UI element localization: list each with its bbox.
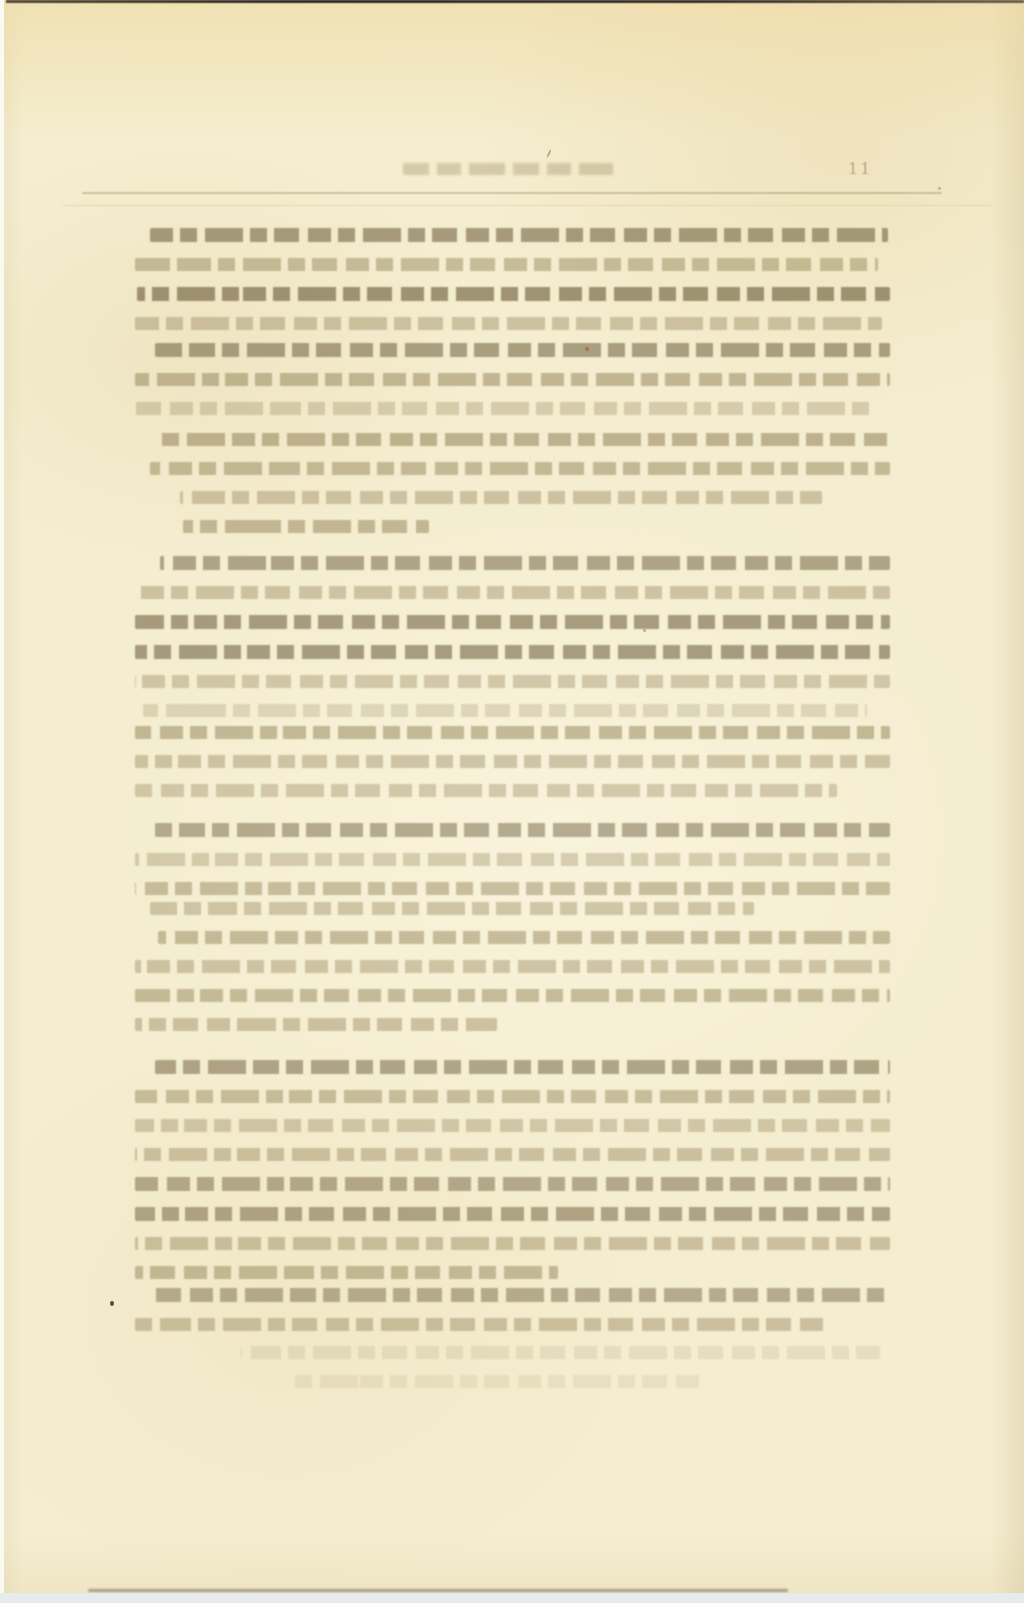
faded-text-line	[155, 1288, 890, 1302]
faded-text-line	[135, 784, 837, 797]
faded-text-line	[135, 645, 890, 659]
faded-text-line	[290, 1375, 701, 1388]
faded-text-line	[183, 520, 429, 533]
faded-paragraph	[135, 228, 890, 346]
faded-paragraph	[135, 726, 890, 813]
faded-text-line	[135, 853, 890, 866]
faded-text-line	[135, 675, 890, 688]
scanner-background-strip	[0, 1593, 1024, 1603]
faded-text-line	[135, 960, 890, 973]
faded-text-line	[150, 902, 754, 915]
faded-text-line	[135, 586, 890, 599]
faded-text-line	[135, 1318, 830, 1331]
faded-text-line	[135, 1148, 890, 1161]
scan-edge-top	[6, 0, 1024, 3]
scanned-book-page: 11	[0, 0, 1024, 1603]
text-area	[135, 0, 890, 1603]
faded-text-line	[155, 343, 890, 357]
faded-text-line	[155, 1060, 890, 1074]
faded-text-line	[135, 615, 890, 629]
faded-paragraph	[135, 433, 890, 549]
faded-text-line	[135, 755, 890, 768]
faded-paragraph	[135, 1060, 890, 1295]
faded-paragraph	[135, 823, 890, 911]
faded-paragraph	[135, 343, 890, 431]
faded-text-line	[135, 1237, 890, 1250]
faded-text-line	[135, 402, 875, 415]
faded-text-line	[150, 462, 890, 475]
faded-text-line	[135, 317, 882, 330]
ink-speck	[110, 1301, 114, 1306]
faded-text-line	[135, 1090, 890, 1103]
faded-text-line	[158, 931, 890, 944]
faded-text-line	[135, 1177, 890, 1191]
faded-text-line	[143, 704, 868, 717]
faded-text-line	[158, 433, 890, 446]
faded-text-line	[135, 1119, 890, 1132]
faded-text-line	[135, 373, 890, 386]
scan-edge-left	[0, 0, 4, 1593]
faded-text-line	[137, 287, 890, 301]
faded-text-line	[135, 1018, 497, 1031]
faded-text-line	[135, 726, 890, 739]
ink-speck	[585, 347, 589, 351]
faded-paragraph	[135, 1288, 890, 1347]
faded-text-line	[155, 823, 890, 837]
faded-text-line	[135, 1207, 890, 1221]
faded-text-line	[160, 556, 890, 570]
faded-text-line	[135, 882, 890, 895]
faded-text-line	[150, 228, 888, 242]
faded-paragraph	[135, 1346, 890, 1404]
faded-text-line	[180, 491, 822, 504]
ink-speck	[938, 187, 941, 190]
ink-speck	[643, 629, 646, 632]
faded-text-line	[135, 258, 878, 271]
faded-text-line	[135, 989, 890, 1002]
faded-text-line	[241, 1346, 880, 1359]
faded-paragraph	[135, 902, 890, 1047]
faded-text-line	[135, 1266, 558, 1279]
page-bottom-edge	[88, 1589, 788, 1592]
faded-paragraph	[135, 556, 890, 733]
